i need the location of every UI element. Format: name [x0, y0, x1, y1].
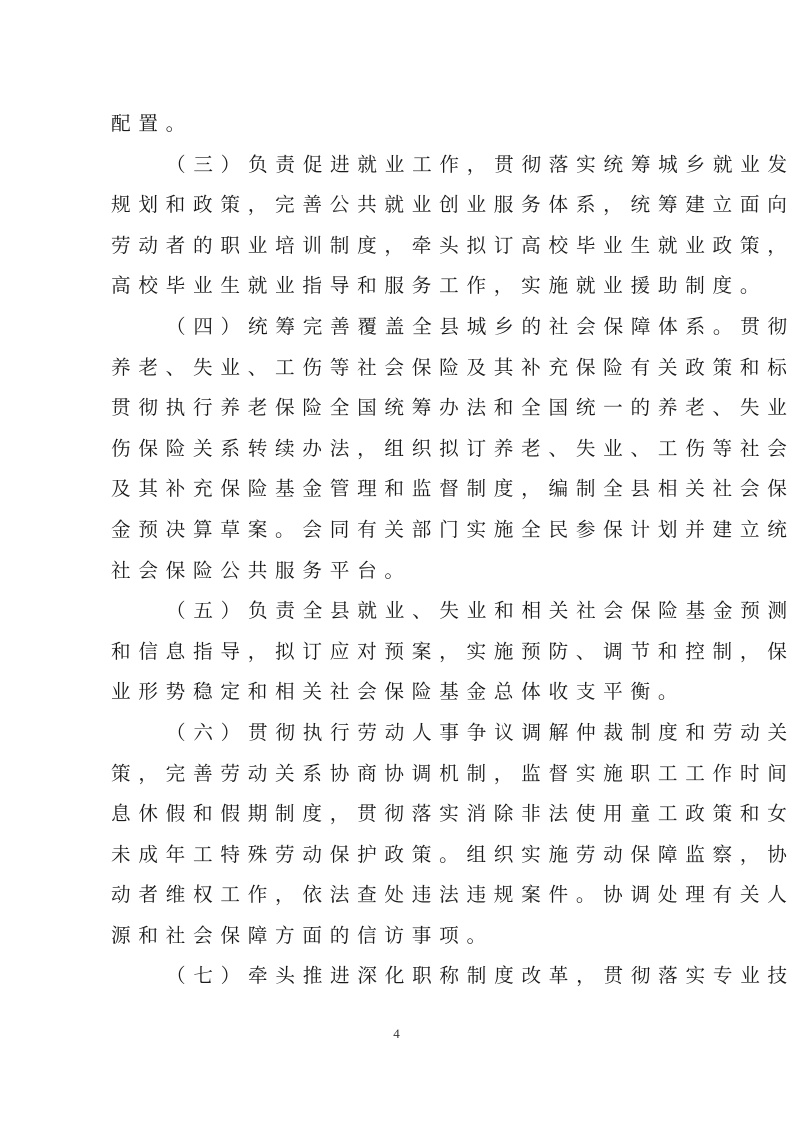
paragraph-4-social-security: （四）统筹完善覆盖全县城乡的社会保障体系。贯彻执行 养老、失业、工伤等社会保险及…	[111, 307, 691, 591]
text-line: 金预决算草案。会同有关部门实施全民参保计划并建立统一的	[111, 510, 691, 551]
text-line: 和信息指导，拟订应对预案，实施预防、调节和控制，保持就	[111, 632, 691, 673]
text-line: 策，完善劳动关系协商协调机制，监督实施职工工作时间、休	[111, 754, 691, 795]
text-line: 源和社会保障方面的信访事项。	[111, 916, 691, 957]
document-body: 配置。 （三）负责促进就业工作，贯彻落实统筹城乡就业发展的 规划和政策，完善公共…	[111, 104, 691, 997]
text-line: 及其补充保险基金管理和监督制度，编制全县相关社会保险基	[111, 469, 691, 510]
text-line: 规划和政策，完善公共就业创业服务体系，统筹建立面向城乡	[111, 185, 691, 226]
text-line: 养老、失业、工伤等社会保险及其补充保险有关政策和标准。	[111, 348, 691, 389]
paragraph-continuation: 配置。	[111, 104, 691, 145]
text-line: 贯彻执行养老保险全国统筹办法和全国统一的养老、失业、工	[111, 388, 691, 429]
paragraph-5-forecasting: （五）负责全县就业、失业和相关社会保险基金预测预警 和信息指导，拟订应对预案，实…	[111, 591, 691, 713]
paragraph-6-labor-relations: （六）贯彻执行劳动人事争议调解仲裁制度和劳动关系政 策，完善劳动关系协商协调机制…	[111, 713, 691, 957]
document-page: 配置。 （三）负责促进就业工作，贯彻落实统筹城乡就业发展的 规划和政策，完善公共…	[0, 0, 793, 1122]
text-line: （三）负责促进就业工作，贯彻落实统筹城乡就业发展的	[111, 145, 691, 186]
text-line: 息休假和假期制度，贯彻落实消除非法使用童工政策和女工、	[111, 794, 691, 835]
text-line: 劳动者的职业培训制度，牵头拟订高校毕业生就业政策，负责	[111, 226, 691, 267]
text-line: （七）牵头推进深化职称制度改革，贯彻落实专业技术人	[111, 956, 691, 997]
paragraph-3-employment: （三）负责促进就业工作，贯彻落实统筹城乡就业发展的 规划和政策，完善公共就业创业…	[111, 145, 691, 307]
text-line: 社会保险公共服务平台。	[111, 551, 691, 592]
text-line: 业形势稳定和相关社会保险基金总体收支平衡。	[111, 672, 691, 713]
text-line: 高校毕业生就业指导和服务工作，实施就业援助制度。	[111, 266, 691, 307]
text-line: （四）统筹完善覆盖全县城乡的社会保障体系。贯彻执行	[111, 307, 691, 348]
paragraph-7-title-reform: （七）牵头推进深化职称制度改革，贯彻落实专业技术人	[111, 956, 691, 997]
page-number: 4	[0, 1026, 793, 1042]
text-line: （五）负责全县就业、失业和相关社会保险基金预测预警	[111, 591, 691, 632]
text-line: 配置。	[111, 104, 691, 145]
text-line: 动者维权工作，依法查处违法违规案件。协调处理有关人力资	[111, 875, 691, 916]
text-line: 未成年工特殊劳动保护政策。组织实施劳动保障监察，协调劳	[111, 835, 691, 876]
text-line: 伤保险关系转续办法，组织拟订养老、失业、工伤等社会保险	[111, 429, 691, 470]
text-line: （六）贯彻执行劳动人事争议调解仲裁制度和劳动关系政	[111, 713, 691, 754]
